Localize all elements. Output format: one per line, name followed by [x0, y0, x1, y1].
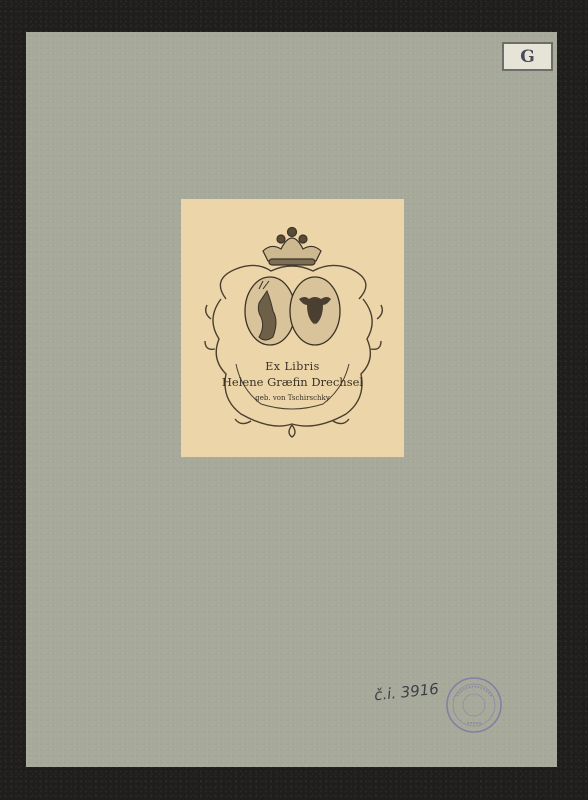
- rococo-cartouche: [205, 265, 382, 437]
- bull-head-shield-icon: [290, 277, 340, 345]
- stag-shield-icon: [245, 277, 295, 345]
- library-stamp-icon: [445, 676, 503, 734]
- category-letter: G: [520, 47, 535, 67]
- owner-name: Helene Græfin Drechsel: [181, 375, 404, 389]
- bookplate-card: Ex Libris Helene Græfin Drechsel geb. vo…: [181, 199, 404, 457]
- crown-icon: [263, 228, 321, 266]
- accession-number: č.i. 3916: [373, 680, 439, 705]
- category-label: G: [502, 42, 553, 71]
- archival-sheet: G: [26, 32, 557, 767]
- ex-libris-heading: Ex Libris: [181, 360, 404, 373]
- coat-of-arms-icon: [181, 199, 404, 457]
- owner-maiden-name: geb. von Tschirschky: [181, 394, 404, 402]
